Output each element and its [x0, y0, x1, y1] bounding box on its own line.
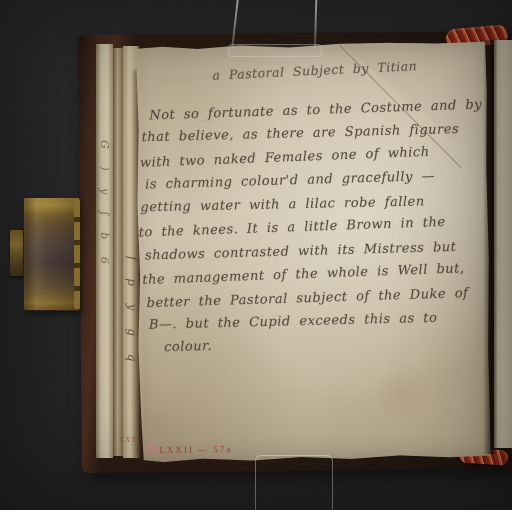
fore-edge-strip	[113, 48, 123, 456]
bottom-retainer-strap	[255, 455, 333, 510]
photo-background: G ) y ʃ b 6 f p y g q LXX a Pastoral Sub…	[0, 0, 512, 510]
edge-writing-column: G ) y ʃ b 6	[98, 140, 111, 470]
manuscript-line: with two naked Females one of which	[140, 145, 430, 171]
gutter-shadow	[483, 40, 497, 454]
manuscript-line: getting water with a lilac robe fallen	[140, 194, 425, 215]
manuscript-line: that believe, as there are Spanish figur…	[141, 122, 459, 145]
manuscript-line: Not so fortunate as to the Costume and b…	[149, 97, 482, 123]
manuscript-line: the management of the whole is Well but,	[142, 261, 465, 288]
brass-clasp	[10, 197, 82, 313]
manuscript-title: a Pastoral Subject by Titian	[195, 57, 435, 83]
clasp-plate	[23, 197, 80, 311]
manuscript-line: shadows contrasted with its Mistress but	[145, 240, 457, 264]
stamp-smudge	[145, 445, 160, 455]
top-retainer-clip	[228, 44, 322, 57]
manuscript-line: is charming colour'd and gracefully —	[145, 169, 435, 193]
clasp-hinge	[74, 199, 80, 309]
manuscript-line: colour.	[164, 339, 212, 355]
main-page: a Pastoral Subject by Titian Not so fort…	[134, 41, 491, 463]
fore-edge-strip: G ) y ʃ b 6	[96, 44, 113, 458]
manuscript-line: B—. but the Cupid exceeds this as to	[149, 311, 438, 333]
manuscript-line: to the knees. It is a little Brown in th…	[139, 215, 446, 241]
manuscript-line: better the Pastoral subject of the Duke …	[146, 286, 468, 311]
folio-stamp: LXXII — 57a	[159, 444, 232, 455]
